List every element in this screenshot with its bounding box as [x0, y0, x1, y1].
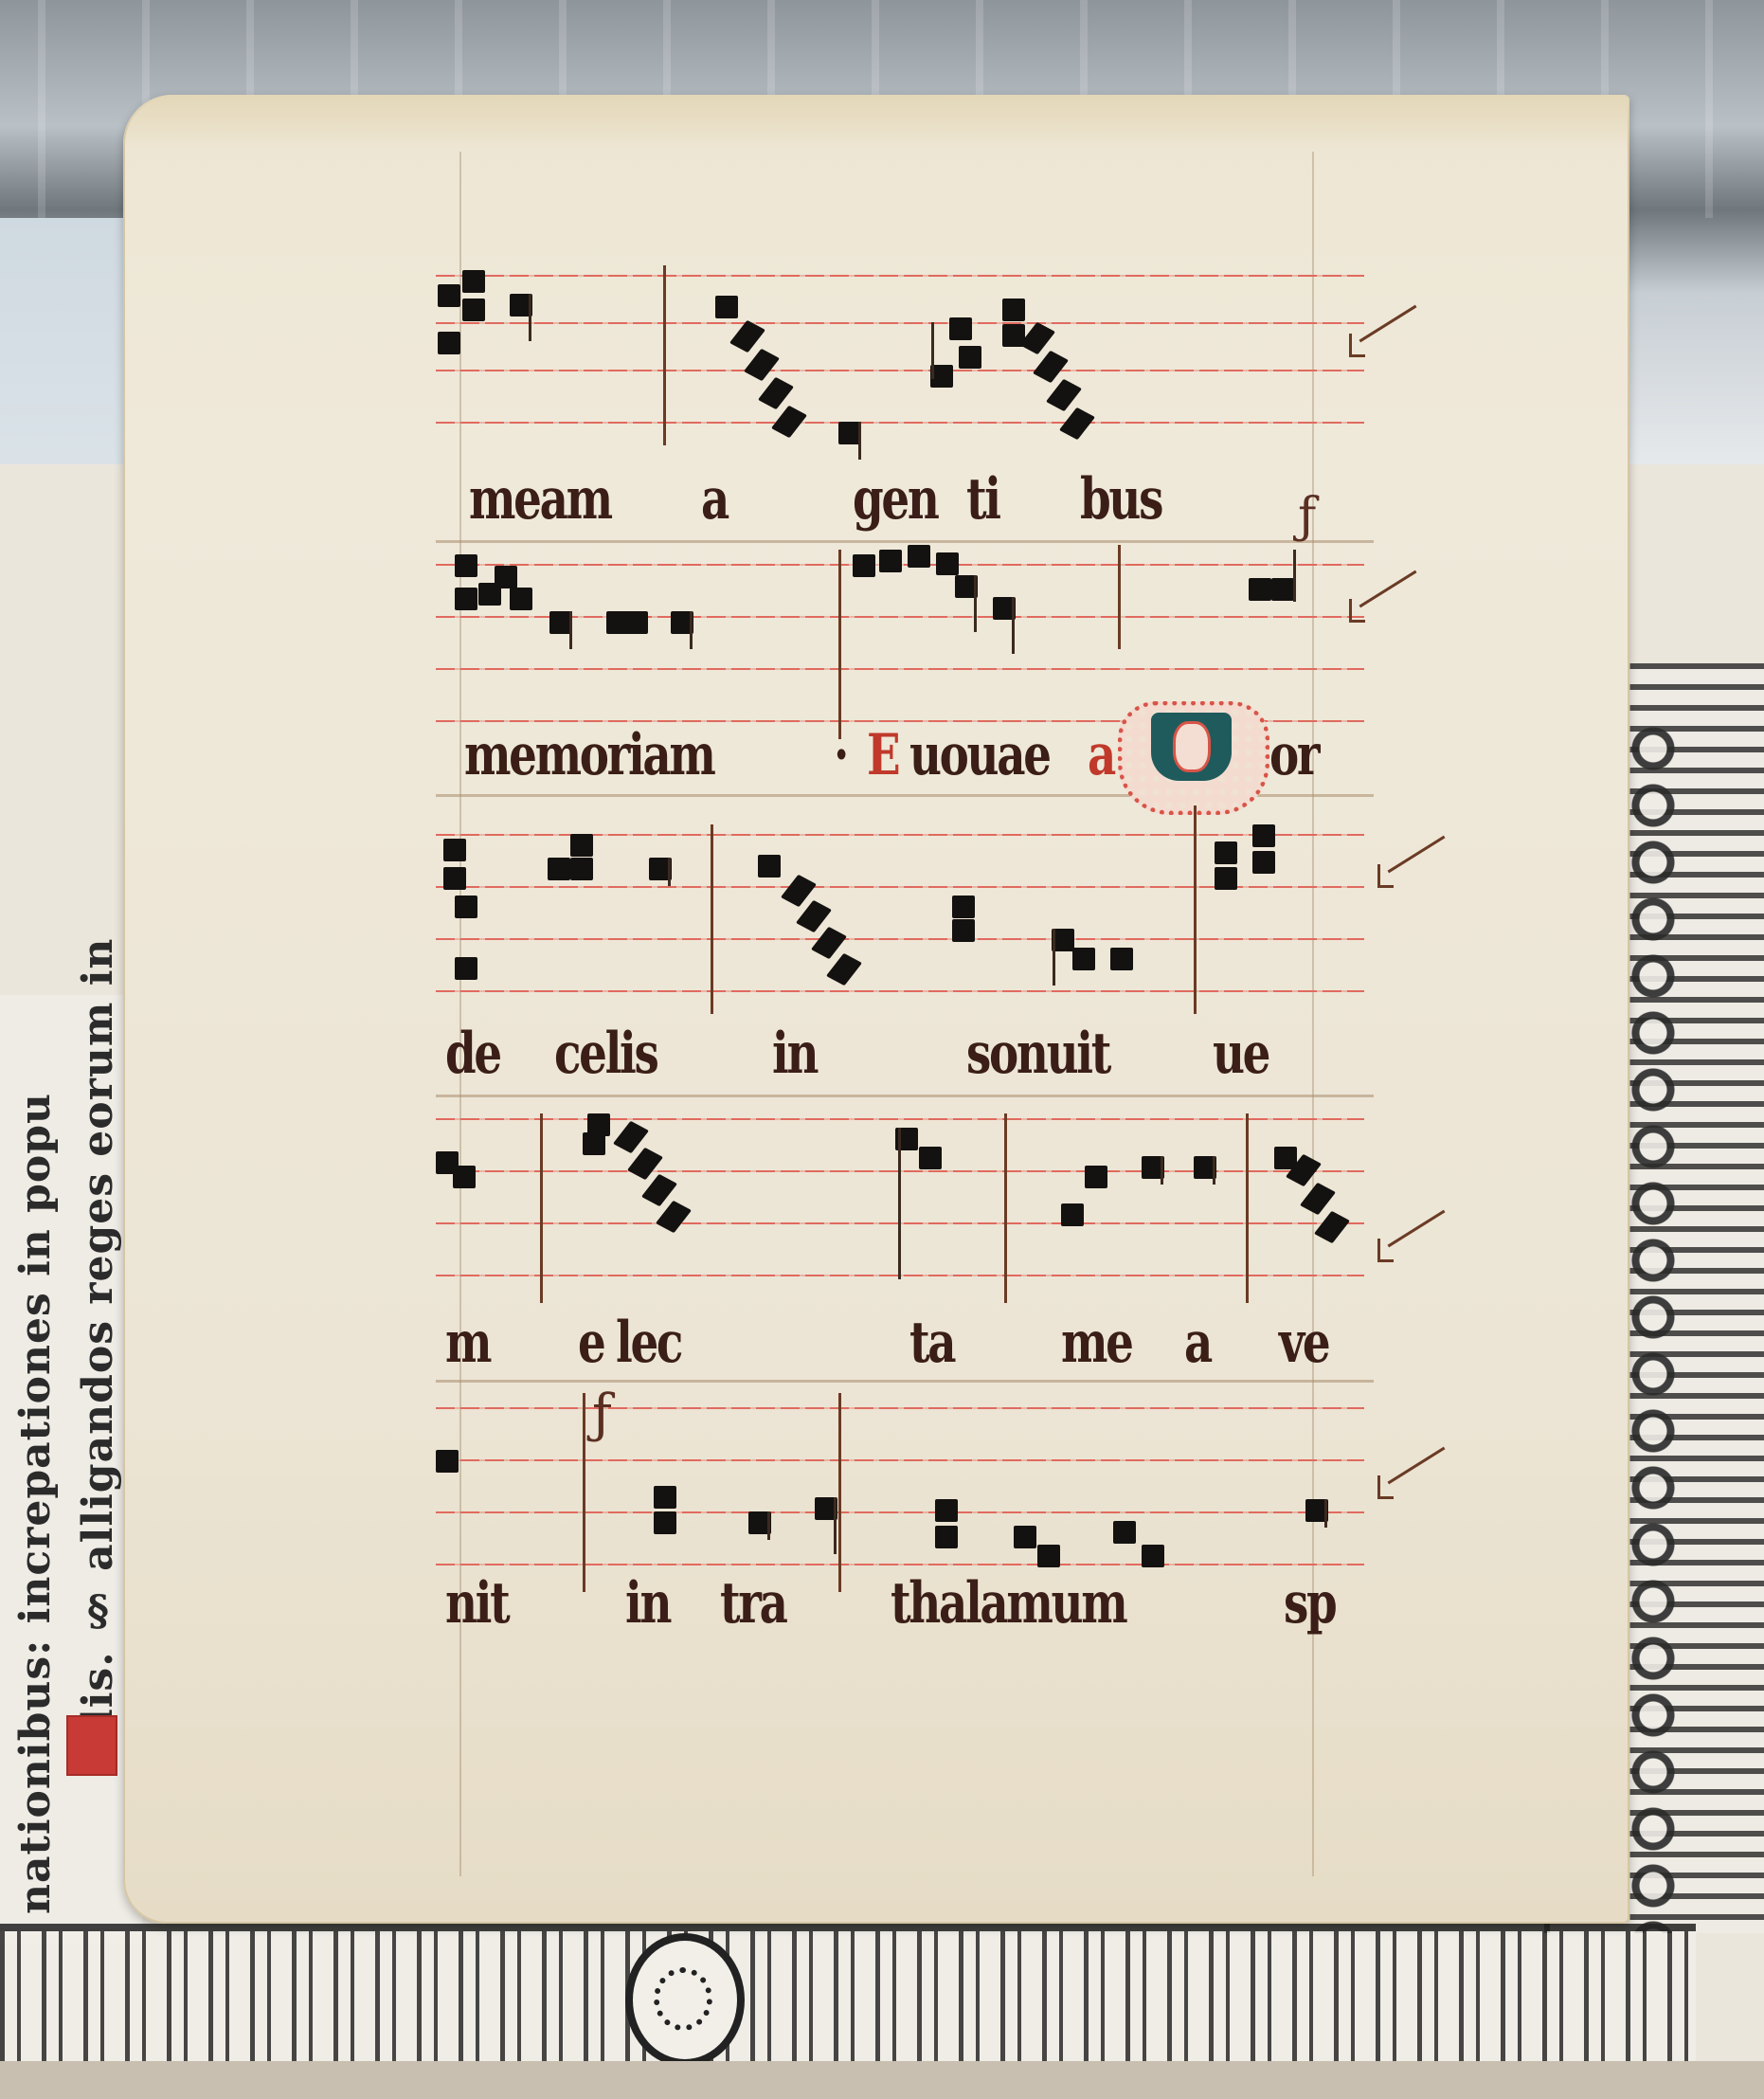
lyric-syllable: e	[578, 1310, 603, 1376]
staff-3	[436, 824, 1364, 1033]
text-baseline	[436, 540, 1374, 543]
lyric-syllable: memoriam	[464, 722, 714, 788]
lyric-syllable: a	[701, 466, 728, 533]
printed-rubric-mark	[66, 1715, 117, 1776]
lyric-syllable: meam	[469, 466, 611, 533]
staff-1	[436, 265, 1364, 474]
f-clef: ƒ	[592, 1384, 612, 1445]
lyric-syllable: sp	[1284, 1570, 1335, 1637]
illuminated-initial-v	[1151, 713, 1232, 781]
lyric-syllable: nit	[445, 1570, 508, 1637]
text-baseline	[436, 1095, 1374, 1097]
woodcut-border-bottom	[0, 1924, 1696, 2076]
lyric-line-3: de celis in sonuit ue	[436, 1019, 1383, 1095]
lyric-syllable: gen	[853, 466, 938, 533]
lyric-line-1: meam a gen ti bus	[436, 464, 1383, 540]
rubric-euouae: uouae	[909, 722, 1050, 788]
lyric-syllable: celis	[554, 1021, 657, 1087]
lyric-syllable: sonuit	[966, 1021, 1109, 1087]
lyric-syllable: me	[1061, 1310, 1132, 1376]
initial-face-ornament	[1173, 721, 1211, 772]
lyric-syllable: ve	[1279, 1310, 1328, 1376]
lyric-syllable: bus	[1080, 466, 1161, 533]
lyric-syllable: tra	[720, 1570, 786, 1637]
printed-text-line-2: lis. § alligandos reges eorum in	[74, 1004, 122, 1725]
custos-hook	[1377, 1239, 1394, 1262]
custos-hook	[1349, 334, 1365, 357]
lyric-line-5: nit in tra thalamum sp	[436, 1568, 1383, 1644]
lyric-line-4: m e lec ta me a ve	[436, 1308, 1383, 1384]
lyric-syllable: de	[445, 1021, 500, 1087]
text-baseline	[436, 1380, 1374, 1383]
lyric-syllable: m	[445, 1310, 490, 1376]
f-clef: ƒ	[1298, 488, 1316, 545]
lyric-syllable: or	[1269, 722, 1318, 788]
custos-hook	[1349, 599, 1365, 623]
lyric-syllable: thalamum	[891, 1570, 1125, 1637]
woodcut-rosette	[625, 1933, 745, 2067]
lyric-syllable: a	[1184, 1310, 1211, 1376]
lyric-syllable: ti	[966, 466, 999, 533]
punctus: ·	[834, 722, 847, 788]
staff-4	[436, 1113, 1364, 1322]
printed-text-line-1: nationibus: increpationes in popu	[11, 1004, 60, 1914]
custos-hook	[1377, 1475, 1394, 1499]
leaf-top-edge	[123, 95, 1629, 152]
lyric-syllable: ta	[909, 1310, 954, 1376]
table-surface	[0, 2061, 1764, 2099]
rubric-a: a	[1088, 722, 1114, 788]
lyric-syllable: ue	[1213, 1021, 1269, 1087]
custos-hook	[1377, 864, 1394, 888]
lyric-syllable: lec	[616, 1310, 681, 1376]
rubric-initial: E	[867, 722, 898, 788]
lyric-syllable: in	[625, 1570, 670, 1637]
lyric-syllable: in	[772, 1021, 817, 1087]
